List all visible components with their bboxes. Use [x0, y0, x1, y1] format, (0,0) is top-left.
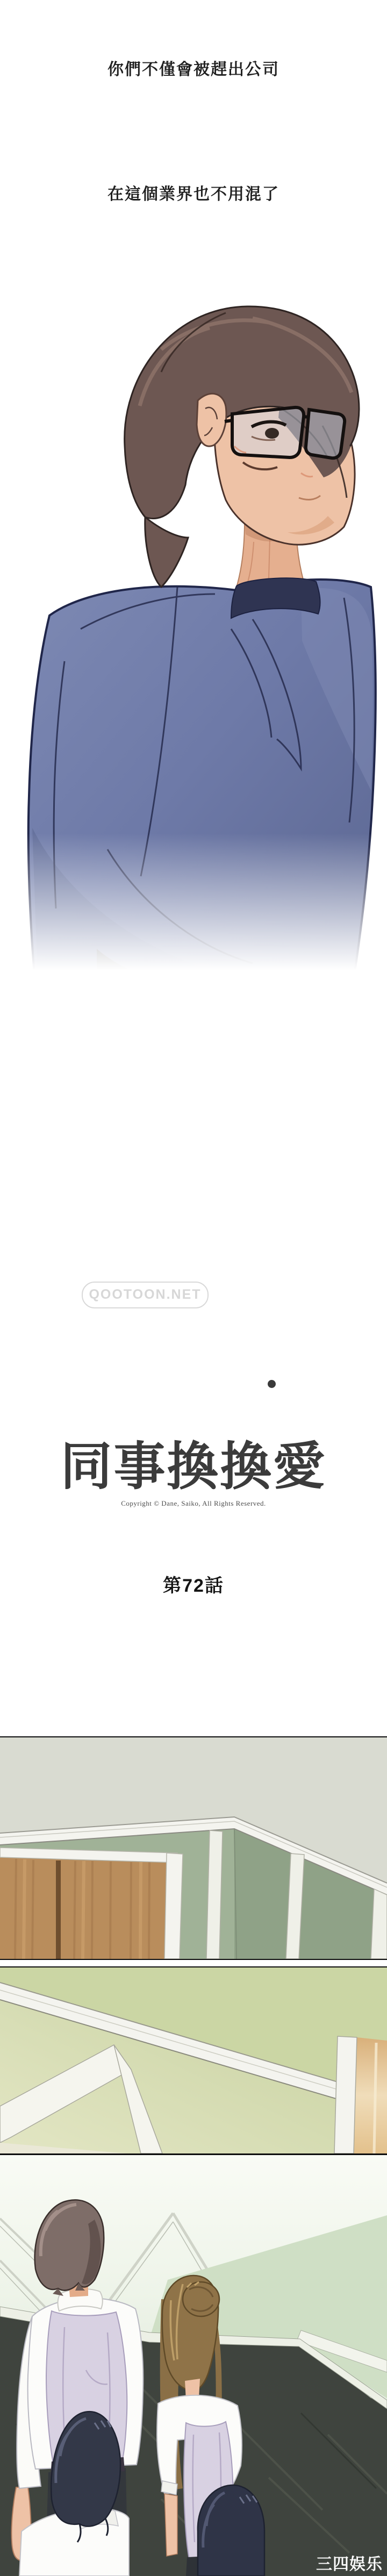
wooden-door — [0, 1848, 183, 1959]
illustration-man-looking-back — [0, 285, 387, 1016]
copyright-line: Copyright © Dane, Saiko, All Rights Rese… — [0, 1499, 387, 1508]
episode-number: 第72話 — [0, 1571, 387, 1597]
lit-doorway — [334, 2036, 387, 2153]
dialogue-line-1: 你們不僅會被趕出公司 — [0, 56, 387, 80]
dialogue-line-2: 在這個業界也不用混了 — [0, 181, 387, 204]
glasses — [225, 407, 345, 458]
panel-3-art — [0, 2155, 387, 2576]
door-frame-jamb — [164, 1853, 183, 1959]
comic-title: 同事換換愛 — [0, 1426, 387, 1499]
section-divider-dot — [268, 1380, 276, 1388]
man-head — [125, 306, 359, 587]
colleague-black-hair-2 — [198, 2485, 264, 2576]
watermark-sansi: 三四娱乐 — [316, 2551, 387, 2574]
woman-arm — [164, 2494, 177, 2556]
panel-3-group-walking — [0, 2155, 387, 2576]
watermark-qootoon: QOOTOON.NET — [82, 1282, 209, 1308]
panel-1-art — [0, 1737, 387, 1959]
door-center-seam — [56, 1861, 61, 1959]
illustration-fade — [0, 833, 387, 1016]
panel-2-art — [0, 1967, 387, 2153]
panel-1-room-ceiling — [0, 1736, 387, 1960]
panel-2-hallway — [0, 1966, 387, 2155]
webtoon-page: 你們不僅會被趕出公司 在這個業界也不用混了 — [0, 0, 387, 2576]
